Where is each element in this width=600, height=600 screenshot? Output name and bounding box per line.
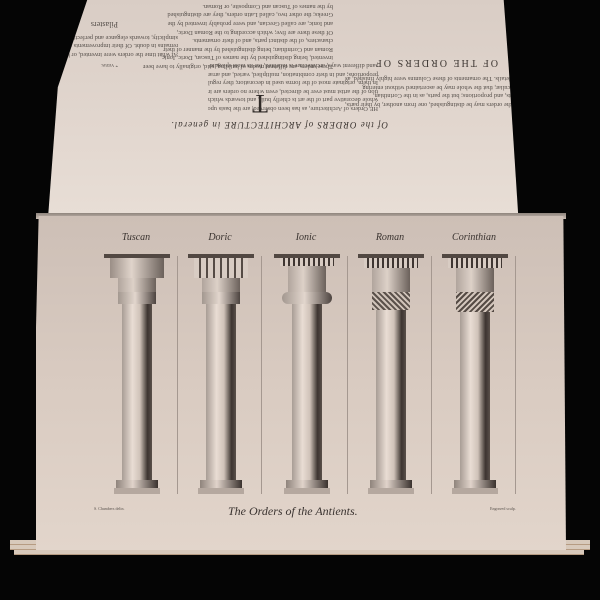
text-line: tion of the artist must ever be directed…	[208, 86, 378, 95]
column-shaft	[122, 304, 152, 480]
entablature	[110, 258, 164, 278]
proportion-guide-line	[515, 256, 516, 494]
plate-title: The Orders of the Antients.	[228, 504, 358, 519]
text-line: by the names of Tuscan and Composite, or…	[143, 1, 333, 10]
acanthus-capital	[456, 292, 494, 312]
proportion-guide-line	[347, 256, 348, 494]
text-line: These orders, are different modes of bui…	[143, 61, 333, 70]
text-line: whole decorative part of the art is chie…	[208, 95, 378, 104]
column-shaft	[460, 312, 490, 480]
column-base	[200, 480, 242, 488]
proportion-guide-line	[431, 256, 432, 494]
modillion-band	[448, 258, 502, 268]
column-base	[116, 480, 158, 488]
column-shaft	[292, 304, 322, 480]
plinth	[368, 488, 414, 494]
proportion-guide-line	[261, 256, 262, 494]
column-base	[370, 480, 412, 488]
text-line: At what time the orders were invented, o…	[58, 49, 178, 58]
capital	[202, 292, 240, 304]
order-label: Ionic	[266, 232, 346, 243]
text-line: simplicity, towards elegance and perfect…	[58, 32, 178, 41]
column-corinthian: Corinthian	[434, 248, 514, 498]
plinth	[198, 488, 244, 494]
frieze	[456, 268, 494, 292]
engraved-plate: Tuscan Doric Ionic	[88, 248, 518, 518]
upper-text-page: OF THE ORDERS OF Of the ORDERS of ARCHIT…	[48, 0, 538, 218]
capital	[118, 292, 156, 304]
column-base	[454, 480, 496, 488]
catchword: Pilasters	[68, 19, 118, 28]
text-column-far: At what time the orders were invented, o…	[58, 18, 178, 58]
photo-background: OF THE ORDERS OF Of the ORDERS of ARCHIT…	[0, 0, 600, 600]
order-label: Corinthian	[434, 232, 514, 243]
dentil-band	[364, 258, 418, 268]
text-line: HE Orders of Architecture, as has been o…	[208, 103, 378, 112]
column-shaft	[206, 304, 236, 480]
footnote: * Vitruv.	[78, 59, 118, 68]
plinth	[452, 488, 498, 494]
triglyph-frieze	[194, 258, 248, 278]
text-line: proportions; and in their combination, m…	[208, 69, 378, 78]
column-doric: Doric	[180, 248, 260, 498]
volute-capital	[282, 292, 332, 304]
column-roman: Roman	[350, 248, 430, 498]
upside-down-text-block: OF THE ORDERS OF Of the ORDERS of ARCHIT…	[48, 0, 538, 218]
composite-capital	[372, 292, 410, 310]
frieze	[372, 268, 410, 292]
plinth	[114, 488, 160, 494]
page-edge	[14, 550, 584, 555]
architrave	[202, 278, 240, 292]
column-shaft	[376, 310, 406, 480]
text-line: remains in doubt. Of their improvements …	[58, 41, 178, 50]
column-tuscan: Tuscan	[96, 248, 176, 498]
order-label: Roman	[350, 232, 430, 243]
frieze	[118, 278, 156, 292]
column-base	[286, 480, 328, 488]
column-ionic: Ionic	[266, 248, 346, 498]
text-line: In them, originate most of the forms use…	[208, 78, 378, 87]
frieze	[288, 266, 326, 292]
plinth	[284, 488, 330, 494]
dentil-band	[280, 258, 334, 266]
plate-credit-left: S. Chambers delin.	[94, 506, 124, 511]
section-heading: Of the ORDERS of ARCHITECTURE in general…	[170, 120, 388, 130]
order-label: Doric	[180, 232, 260, 243]
plate-credit-right: Engraved sculp.	[490, 506, 516, 511]
proportion-guide-line	[177, 256, 178, 494]
order-label: Tuscan	[96, 232, 176, 243]
